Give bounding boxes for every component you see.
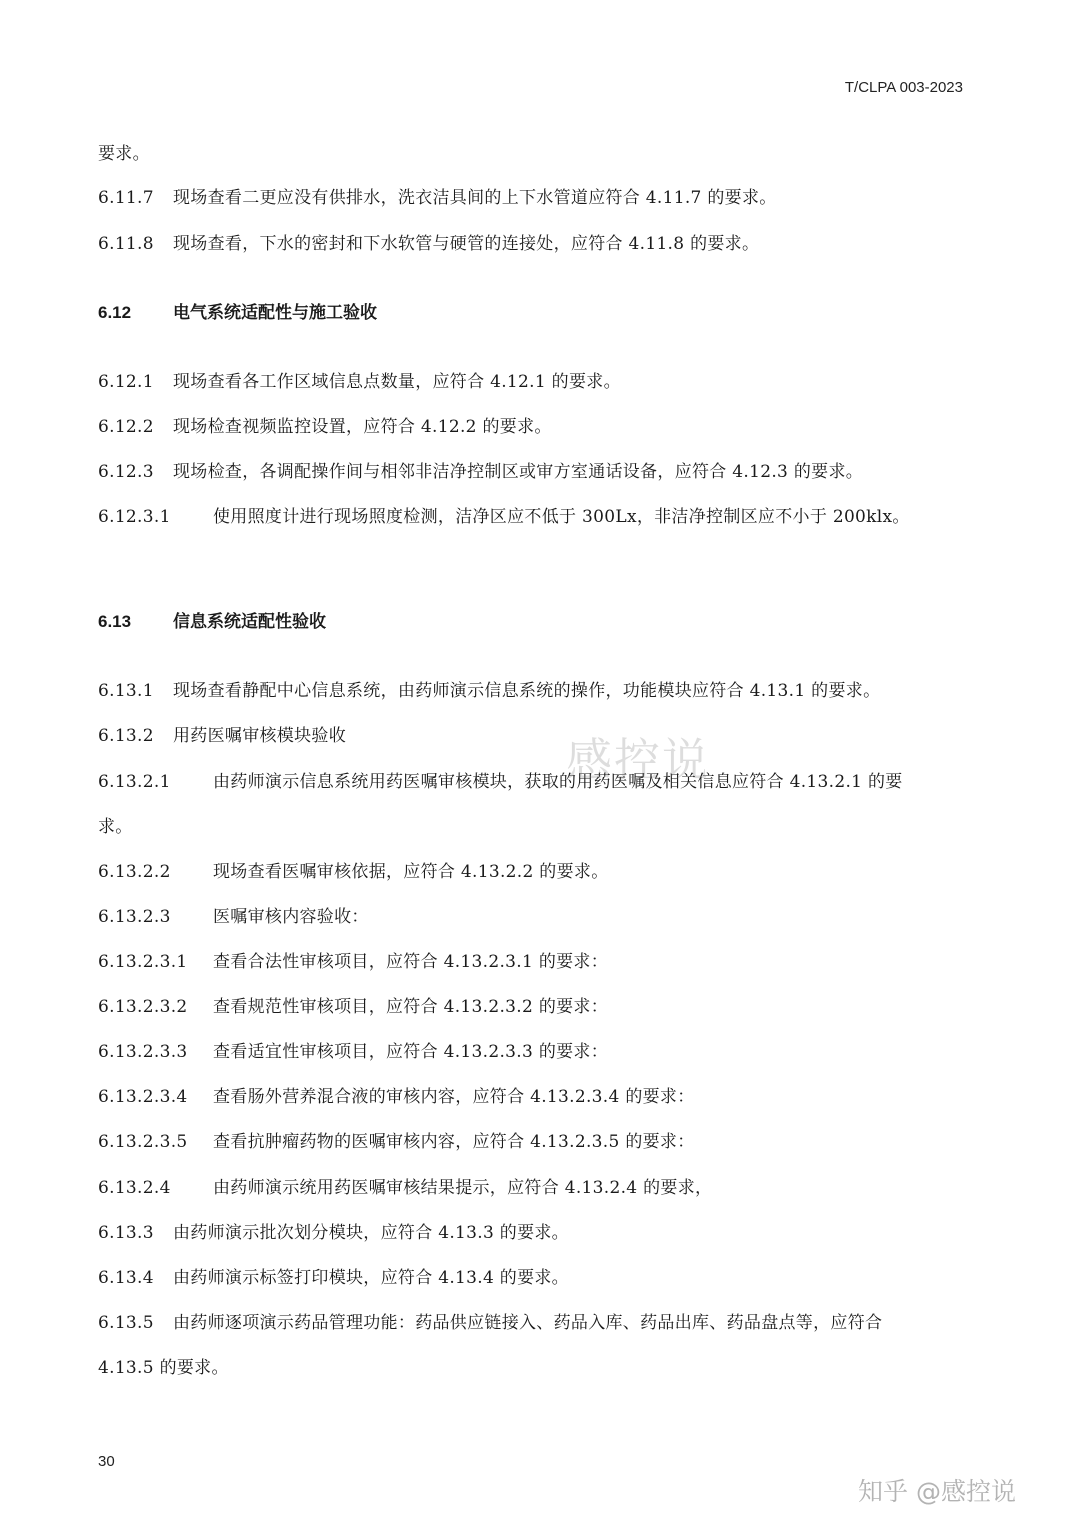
clause-6-12-2: 6.12.2现场检查视频监控设置，应符合 4.12.2 的要求。 bbox=[98, 416, 552, 438]
clause-6-13-2: 6.13.2用药医嘱审核模块验收 bbox=[98, 725, 346, 747]
clause-6-13-2-4: 6.13.2.4由药师演示统用药医嘱审核结果提示，应符合 4.13.2.4 的要… bbox=[98, 1177, 712, 1199]
clause-6-13-5: 6.13.5由药师逐项演示药品管理功能：药品供应链接入、药品入库、药品出库、药品… bbox=[98, 1312, 882, 1334]
clause-6-11-8: 6.11.8现场查看，下水的密封和下水软管与硬管的连接处，应符合 4.11.8 … bbox=[98, 233, 759, 255]
clause-6-13-2-2: 6.13.2.2现场查看医嘱审核依据，应符合 4.13.2.2 的要求。 bbox=[98, 861, 609, 883]
text-line: 4.13.5 的要求。 bbox=[98, 1357, 229, 1379]
clause-6-13-2-3-4: 6.13.2.3.4查看肠外营养混合液的审核内容，应符合 4.13.2.3.4 … bbox=[98, 1086, 695, 1108]
clause-6-13-2-3-3: 6.13.2.3.3查看适宜性审核项目，应符合 4.13.2.3.3 的要求： bbox=[98, 1041, 608, 1063]
clause-6-13-3: 6.13.3由药师演示批次划分模块，应符合 4.13.3 的要求。 bbox=[98, 1222, 569, 1244]
clause-6-13-2-3-5: 6.13.2.3.5查看抗肿瘤药物的医嘱审核内容，应符合 4.13.2.3.5 … bbox=[98, 1131, 695, 1153]
clause-6-12-1: 6.12.1现场查看各工作区域信息点数量，应符合 4.12.1 的要求。 bbox=[98, 371, 621, 393]
clause-6-13-2-1: 6.13.2.1由药师演示信息系统用药医嘱审核模块，获取的用药医嘱及相关信息应符… bbox=[98, 771, 903, 793]
clause-6-12-3-1: 6.12.3.1使用照度计进行现场照度检测，洁净区应不低于 300Lx，非洁净控… bbox=[98, 506, 910, 528]
page-number: 30 bbox=[98, 1453, 115, 1470]
clause-6-13-2-3-1: 6.13.2.3.1查看合法性审核项目，应符合 4.13.2.3.1 的要求： bbox=[98, 951, 608, 973]
text-line: 求。 bbox=[98, 816, 133, 838]
clause-6-13-2-3-2: 6.13.2.3.2查看规范性审核项目，应符合 4.13.2.3.2 的要求： bbox=[98, 996, 608, 1018]
clause-6-13-1: 6.13.1现场查看静配中心信息系统，由药师演示信息系统的操作，功能模块应符合 … bbox=[98, 680, 880, 702]
clause-6-13-4: 6.13.4由药师演示标签打印模块，应符合 4.13.4 的要求。 bbox=[98, 1267, 569, 1289]
source-watermark: 知乎 @感控说 bbox=[858, 1472, 1016, 1508]
section-heading-6-13: 6.13信息系统适配性验收 bbox=[98, 611, 326, 633]
text-line: 要求。 bbox=[98, 143, 150, 165]
clause-6-13-2-3: 6.13.2.3医嘱审核内容验收： bbox=[98, 906, 369, 928]
document-code: T/CLPA 003-2023 bbox=[820, 79, 963, 96]
clause-6-11-7: 6.11.7现场查看二更应没有供排水，洗衣洁具间的上下水管道应符合 4.11.7… bbox=[98, 187, 777, 209]
clause-6-12-3: 6.12.3现场检查，各调配操作间与相邻非洁净控制区或审方室通话设备，应符合 4… bbox=[98, 461, 863, 483]
section-heading-6-12: 6.12电气系统适配性与施工验收 bbox=[98, 302, 377, 324]
watermark: 感控说 bbox=[566, 724, 710, 790]
